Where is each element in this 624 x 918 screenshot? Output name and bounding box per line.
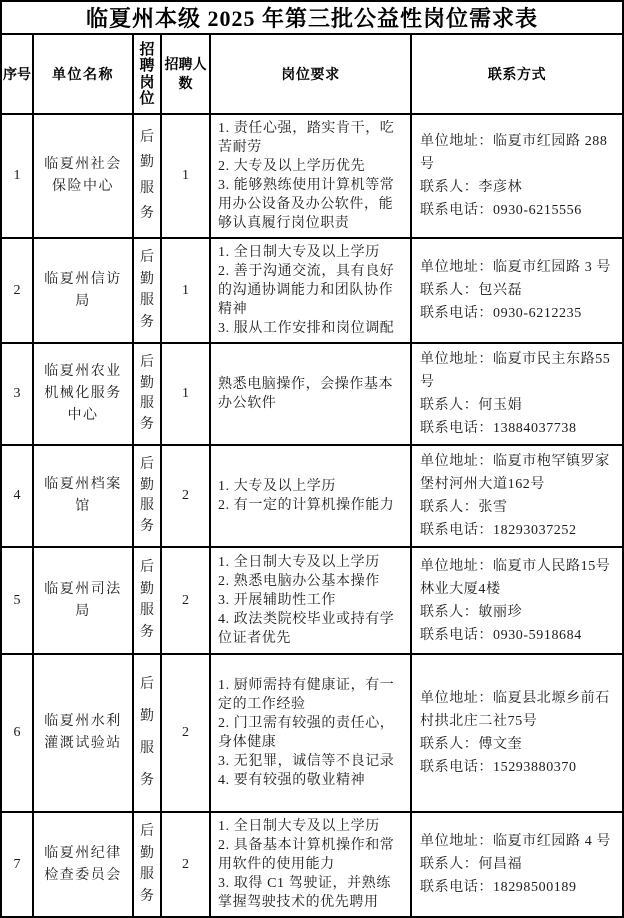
post-type-cell: 后勤服务: [133, 547, 161, 654]
contact-address: 单位地址：临夏县北塬乡前石村拱北庄二社75号: [420, 687, 614, 733]
unit-name: 临夏州司法局: [33, 547, 133, 654]
contact-phone: 联系电话：15293880370: [420, 756, 614, 779]
contact-address: 单位地址：临夏市红园路 3 号: [420, 256, 614, 279]
page-title: 临夏州本级 2025 年第三批公益性岗位需求表: [1, 1, 623, 34]
contact-phone: 联系电话：18298500189: [420, 876, 614, 899]
table-row: 4 临夏州档案馆 后勤服务 2 1. 大专及以上学历 2. 有一定的计算机操作能…: [1, 445, 623, 547]
row-number: 1: [1, 114, 33, 238]
post-type-cell: 后勤服务: [133, 238, 161, 343]
post-type: 后勤服务: [134, 244, 160, 337]
contact-address: 单位地址：临夏市人民路15号林业大厦4楼: [420, 555, 614, 601]
contact-person: 联系人：何昌福: [420, 853, 614, 876]
contact-person: 联系人：何玉娟: [420, 394, 614, 417]
row-number: 2: [1, 238, 33, 343]
title-row: 临夏州本级 2025 年第三批公益性岗位需求表: [1, 1, 623, 34]
contact-info: 单位地址：临夏市民主东路55号 联系人：何玉娟 联系电话：13884037738: [411, 343, 623, 445]
contact-phone: 联系电话：0930-6215556: [420, 199, 614, 222]
contact-address: 单位地址：临夏市民主东路55号: [420, 348, 614, 394]
contact-phone: 联系电话：0930-6212235: [420, 302, 614, 325]
contact-address: 单位地址：临夏市红园路 288 号: [420, 130, 614, 176]
row-number: 7: [1, 812, 33, 917]
contact-info: 单位地址：临夏市人民路15号林业大厦4楼 联系人：敏丽珍 联系电话：0930-5…: [411, 547, 623, 654]
recruit-count: 1: [161, 114, 210, 238]
table-row: 6 临夏州水利灌溉试验站 后勤服务 2 1. 厨师需持有健康证，有一定的工作经验…: [1, 654, 623, 812]
contact-phone: 联系电话：0930-5918684: [420, 624, 614, 647]
col-header-requirements: 岗位要求: [210, 34, 411, 114]
unit-name: 临夏州信访局: [33, 238, 133, 343]
job-requirements: 1. 大专及以上学历 2. 有一定的计算机操作能力: [210, 445, 411, 547]
contact-address: 单位地址：临夏市枹罕镇罗家堡村河州大道162号: [420, 450, 614, 496]
contact-phone: 联系电话：13884037738: [420, 417, 614, 440]
post-type-cell: 后勤服务: [133, 114, 161, 238]
contact-person: 联系人：张雪: [420, 496, 614, 519]
unit-name: 临夏州农业机械化服务中心: [33, 343, 133, 445]
post-type-cell: 后勤服务: [133, 343, 161, 445]
contact-info: 单位地址：临夏市枹罕镇罗家堡村河州大道162号 联系人：张雪 联系电话：1829…: [411, 445, 623, 547]
row-number: 3: [1, 343, 33, 445]
contact-info: 单位地址：临夏县北塬乡前石村拱北庄二社75号 联系人：傅文奎 联系电话：1529…: [411, 654, 623, 812]
job-requirements: 熟悉电脑操作，会操作基本办公软件: [210, 343, 411, 445]
table-row: 3 临夏州农业机械化服务中心 后勤服务 1 熟悉电脑操作，会操作基本办公软件 单…: [1, 343, 623, 445]
post-type: 后勤服务: [134, 553, 160, 648]
contact-person: 联系人：包兴磊: [420, 279, 614, 302]
unit-name: 临夏州纪律检查委员会: [33, 812, 133, 917]
recruit-count: 2: [161, 654, 210, 812]
recruit-count: 1: [161, 343, 210, 445]
row-number: 5: [1, 547, 33, 654]
post-type: 后勤服务: [134, 660, 160, 806]
post-type: 后勤服务: [134, 349, 160, 439]
job-requirements: 1. 责任心强，踏实肯干，吃苦耐劳 2. 大专及以上学历优先 3. 能够熟练使用…: [210, 114, 411, 238]
post-type: 后勤服务: [134, 451, 160, 541]
post-type-cell: 后勤服务: [133, 812, 161, 917]
col-header-unit: 单位名称: [33, 34, 133, 114]
unit-name: 临夏州水利灌溉试验站: [33, 654, 133, 812]
unit-name: 临夏州社会保险中心: [33, 114, 133, 238]
contact-person: 联系人：傅文奎: [420, 733, 614, 756]
contact-address: 单位地址：临夏市红园路 4 号: [420, 830, 614, 853]
recruit-count: 2: [161, 812, 210, 917]
contact-info: 单位地址：临夏市红园路 4 号 联系人：何昌福 联系电话：18298500189: [411, 812, 623, 917]
contact-info: 单位地址：临夏市红园路 3 号 联系人：包兴磊 联系电话：0930-621223…: [411, 238, 623, 343]
post-type: 后勤服务: [134, 818, 160, 911]
contact-phone: 联系电话：18293037252: [420, 519, 614, 542]
col-header-post-label: 招聘岗位: [134, 40, 160, 108]
contact-person: 联系人：李彦林: [420, 176, 614, 199]
col-header-count: 招聘人数: [161, 34, 210, 114]
col-header-contact: 联系方式: [411, 34, 623, 114]
header-row: 序号 单位名称 招聘岗位 招聘人数 岗位要求 联系方式: [1, 34, 623, 114]
post-type-cell: 后勤服务: [133, 654, 161, 812]
table-row: 5 临夏州司法局 后勤服务 2 1. 全日制大专及以上学历 2. 熟悉电脑办公基…: [1, 547, 623, 654]
col-header-post: 招聘岗位: [133, 34, 161, 114]
job-requirements: 1. 厨师需持有健康证，有一定的工作经验 2. 门卫需有较强的责任心，身体健康 …: [210, 654, 411, 812]
job-requirements: 1. 全日制大专及以上学历 2. 具备基本计算机操作和常用软件的使用能力 3. …: [210, 812, 411, 917]
recruit-count: 2: [161, 547, 210, 654]
col-header-no: 序号: [1, 34, 33, 114]
table-row: 2 临夏州信访局 后勤服务 1 1. 全日制大专及以上学历 2. 善于沟通交流，…: [1, 238, 623, 343]
post-type: 后勤服务: [134, 120, 160, 232]
contact-person: 联系人：敏丽珍: [420, 601, 614, 624]
table-row: 7 临夏州纪律检查委员会 后勤服务 2 1. 全日制大专及以上学历 2. 具备基…: [1, 812, 623, 917]
recruit-count: 2: [161, 445, 210, 547]
post-type-cell: 后勤服务: [133, 445, 161, 547]
unit-name: 临夏州档案馆: [33, 445, 133, 547]
table-row: 1 临夏州社会保险中心 后勤服务 1 1. 责任心强，踏实肯干，吃苦耐劳 2. …: [1, 114, 623, 238]
job-requirements: 1. 全日制大专及以上学历 2. 善于沟通交流，具有良好的沟通协调能力和团队协作…: [210, 238, 411, 343]
recruit-count: 1: [161, 238, 210, 343]
row-number: 6: [1, 654, 33, 812]
contact-info: 单位地址：临夏市红园路 288 号 联系人：李彦林 联系电话：0930-6215…: [411, 114, 623, 238]
job-requirements: 1. 全日制大专及以上学历 2. 熟悉电脑办公基本操作 3. 开展辅助性工作 4…: [210, 547, 411, 654]
job-demand-table: 临夏州本级 2025 年第三批公益性岗位需求表 序号 单位名称 招聘岗位 招聘人…: [0, 0, 624, 918]
row-number: 4: [1, 445, 33, 547]
